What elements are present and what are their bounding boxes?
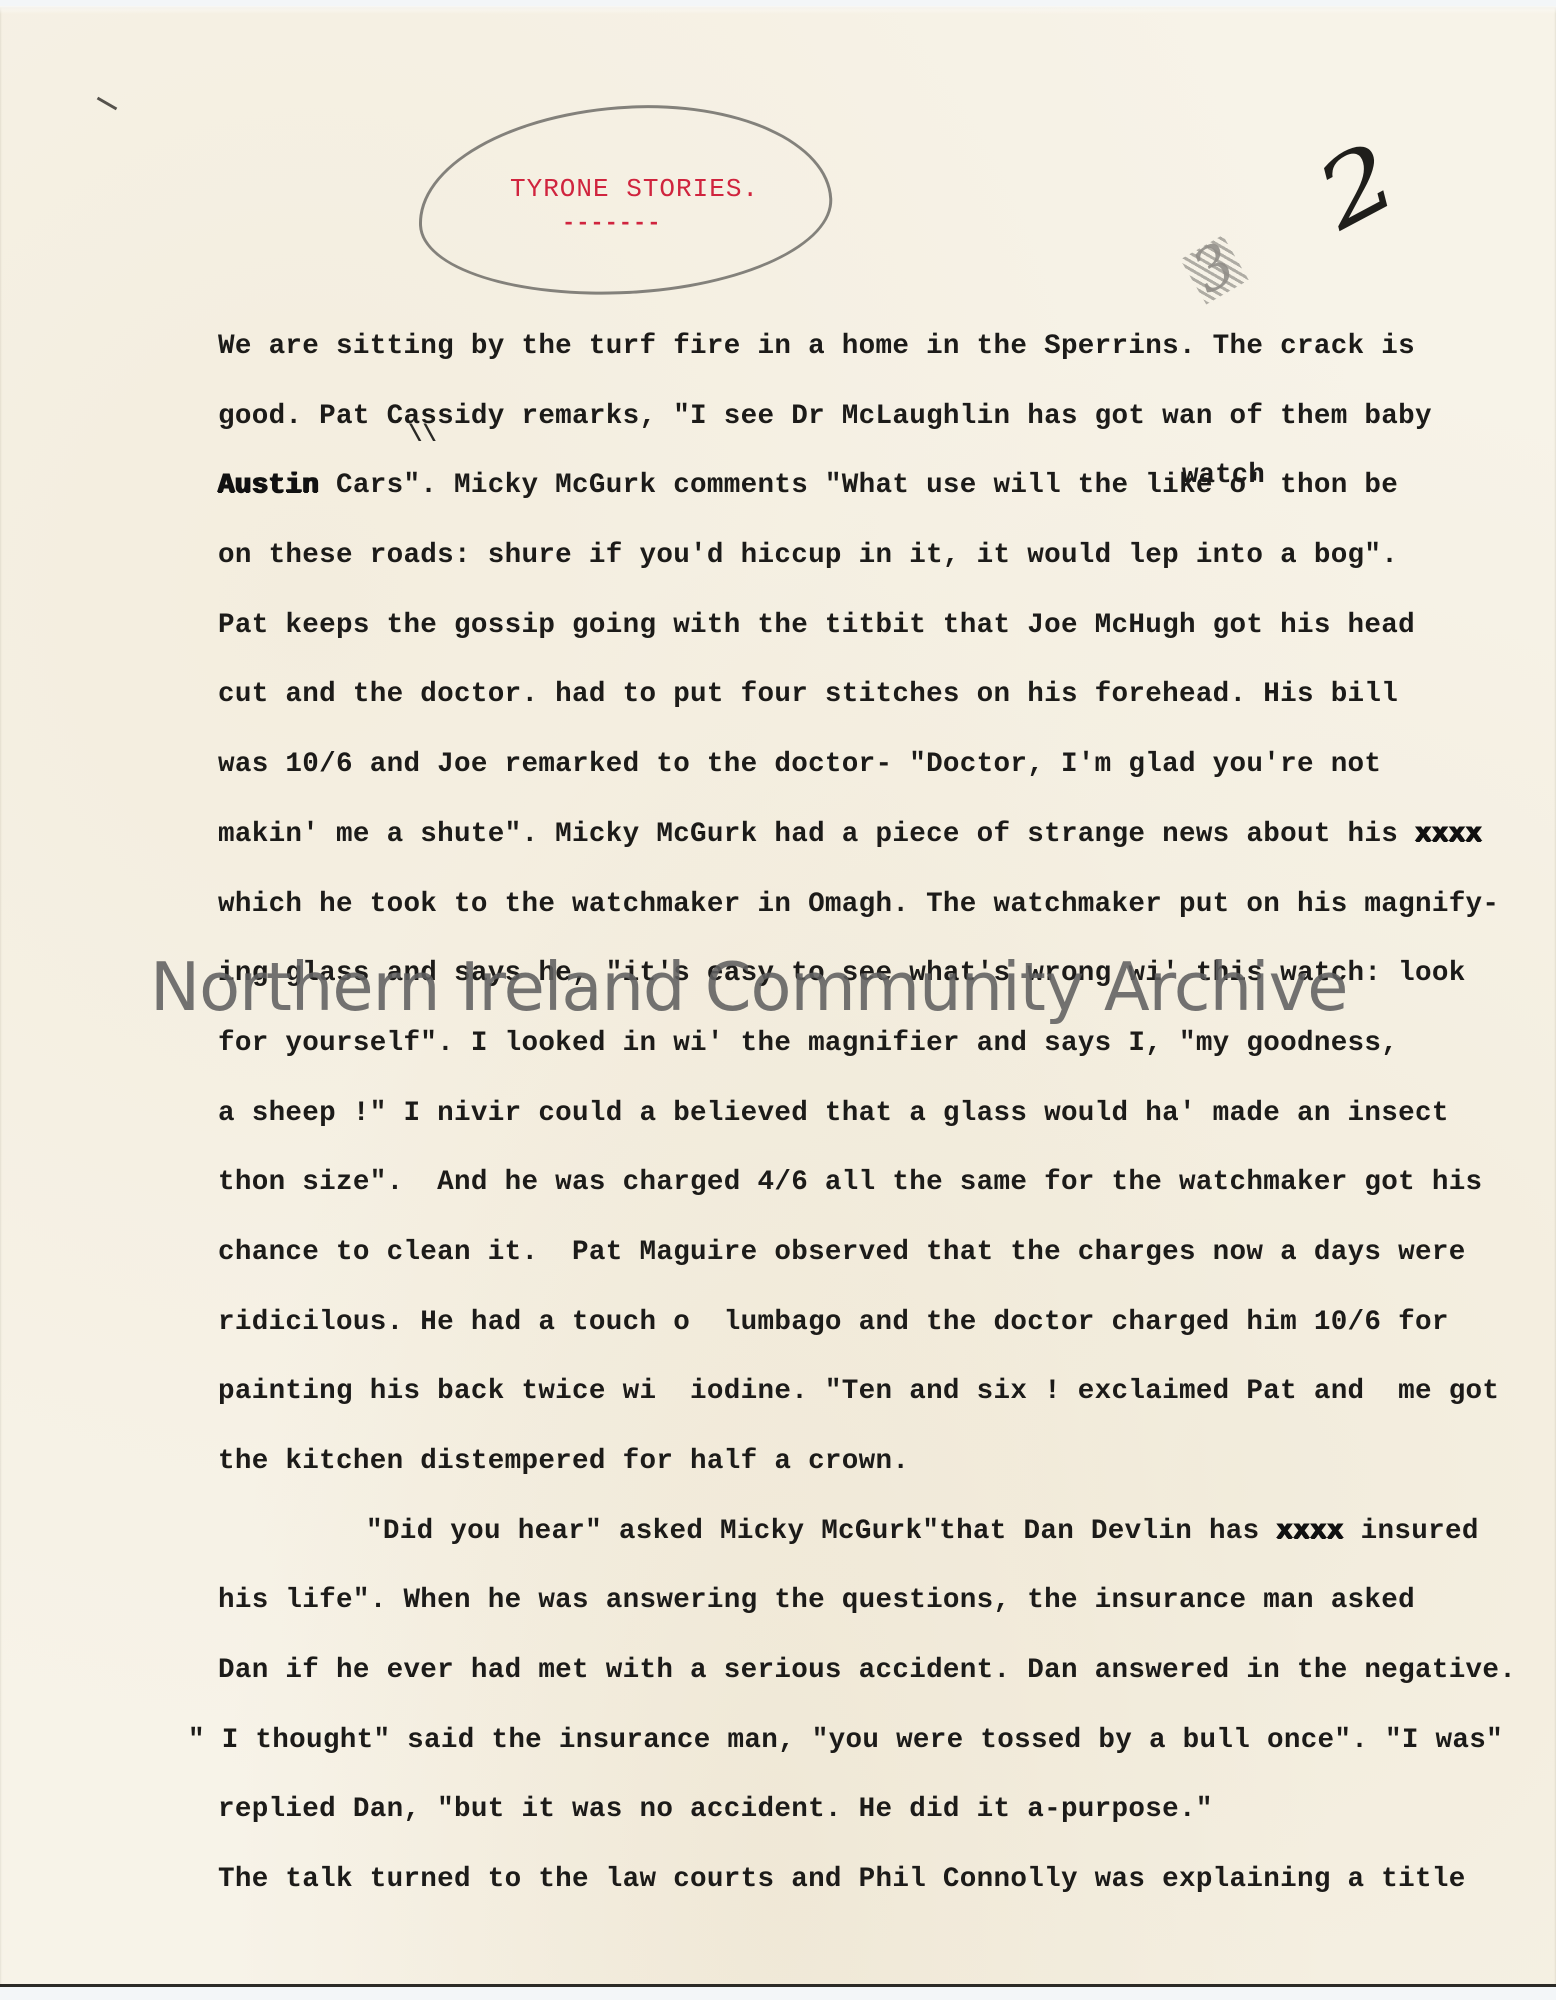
line-text: chance to clean it. Pat Maguire observed… (218, 1237, 1466, 1268)
text-line: ridicilous. He had a touch o lumbago and… (218, 1288, 1548, 1358)
line-text: painting his back twice wi iodine. "Ten … (218, 1376, 1499, 1407)
line-text: which he took to the watchmaker in Omagh… (218, 889, 1499, 920)
text-line: replied Dan, "but it was no accident. He… (218, 1775, 1548, 1845)
struck-out-page-number: 3 (1180, 229, 1246, 306)
line-text: Cars". Micky McGurk comments "What use w… (319, 470, 1398, 501)
paper-top-edge (0, 6, 1556, 14)
text-line: "Did you hear" asked Micky McGurk"that D… (218, 1497, 1548, 1567)
line-text: on these roads: shure if you'd hiccup in… (218, 540, 1398, 571)
line-text: good. Pat Cassidy remarks, "I see Dr McL… (218, 401, 1432, 432)
struck-out-word: xxxx (1276, 1516, 1343, 1547)
text-line: the kitchen distempered for half a crown… (218, 1427, 1548, 1497)
text-line: Dan if he ever had met with a serious ac… (218, 1636, 1548, 1706)
text-line: cut and the doctor. had to put four stit… (218, 660, 1548, 730)
line-text: replied Dan, "but it was no accident. He… (218, 1794, 1213, 1825)
text-line: good. Pat Cassidy remarks, "I see Dr McL… (218, 382, 1548, 452)
text-line: which he took to the watchmaker in Omagh… (218, 870, 1548, 940)
struck-out-word: xxxx (1415, 819, 1482, 850)
text-line: makin' me a shute". Micky McGurk had a p… (218, 800, 1548, 870)
text-line: chance to clean it. Pat Maguire observed… (218, 1218, 1548, 1288)
line-text: cut and the doctor. had to put four stit… (218, 679, 1398, 710)
line-text: " I thought" said the insurance man, "yo… (188, 1725, 1503, 1756)
text-line: thon size". And he was charged 4/6 all t… (218, 1148, 1548, 1218)
text-line: The talk turned to the law courts and Ph… (218, 1845, 1548, 1915)
text-line: a sheep !" I nivir could a believed that… (218, 1079, 1548, 1149)
text-line: Pat keeps the gossip going with the titb… (218, 591, 1548, 661)
pencil-mark (97, 97, 118, 111)
text-line: " I thought" said the insurance man, "yo… (188, 1706, 1548, 1776)
line-text: was 10/6 and Joe remarked to the doctor-… (218, 749, 1381, 780)
line-text: makin' me a shute". Micky McGurk had a p… (218, 819, 1415, 850)
line-text: Pat keeps the gossip going with the titb… (218, 610, 1415, 641)
page-title: TYRONE STORIES. (510, 174, 759, 204)
text-line: Austin Cars". Micky McGurk comments "Wha… (218, 451, 1548, 521)
line-text: Dan if he ever had met with a serious ac… (218, 1655, 1516, 1686)
text-line: his life". When he was answering the que… (218, 1566, 1548, 1636)
line-text: insured (1344, 1516, 1479, 1547)
text-line: painting his back twice wi iodine. "Ten … (218, 1357, 1548, 1427)
struck-out-word: Austin (218, 470, 319, 501)
story-body-text: We are sitting by the turf fire in a hom… (218, 312, 1548, 1915)
line-text: "Did you hear" asked Micky McGurk"that D… (366, 1516, 1276, 1547)
line-text: his life". When he was answering the que… (218, 1585, 1415, 1616)
line-text: for yourself". I looked in wi' the magni… (218, 1028, 1398, 1059)
text-line: was 10/6 and Joe remarked to the doctor-… (218, 730, 1548, 800)
line-text: the kitchen distempered for half a crown… (218, 1446, 909, 1477)
line-text: We are sitting by the turf fire in a hom… (218, 331, 1415, 362)
line-text: ridicilous. He had a touch o lumbago and… (218, 1307, 1449, 1338)
line-text: ing glass and says he, "it's easy to see… (218, 958, 1466, 989)
text-line: We are sitting by the turf fire in a hom… (218, 312, 1548, 382)
title-underline: ------- (562, 211, 661, 236)
line-text: a sheep !" I nivir could a believed that… (218, 1098, 1449, 1129)
typed-page: TYRONE STORIES. ------- 3 2 watch \\ We … (0, 6, 1556, 1987)
line-text: thon size". And he was charged 4/6 all t… (218, 1167, 1482, 1198)
text-line: for yourself". I looked in wi' the magni… (218, 1009, 1548, 1079)
text-line: ing glass and says he, "it's easy to see… (218, 939, 1548, 1009)
line-text: The talk turned to the law courts and Ph… (218, 1864, 1466, 1895)
text-line: on these roads: shure if you'd hiccup in… (218, 521, 1548, 591)
handwritten-page-number: 2 (1300, 122, 1415, 251)
